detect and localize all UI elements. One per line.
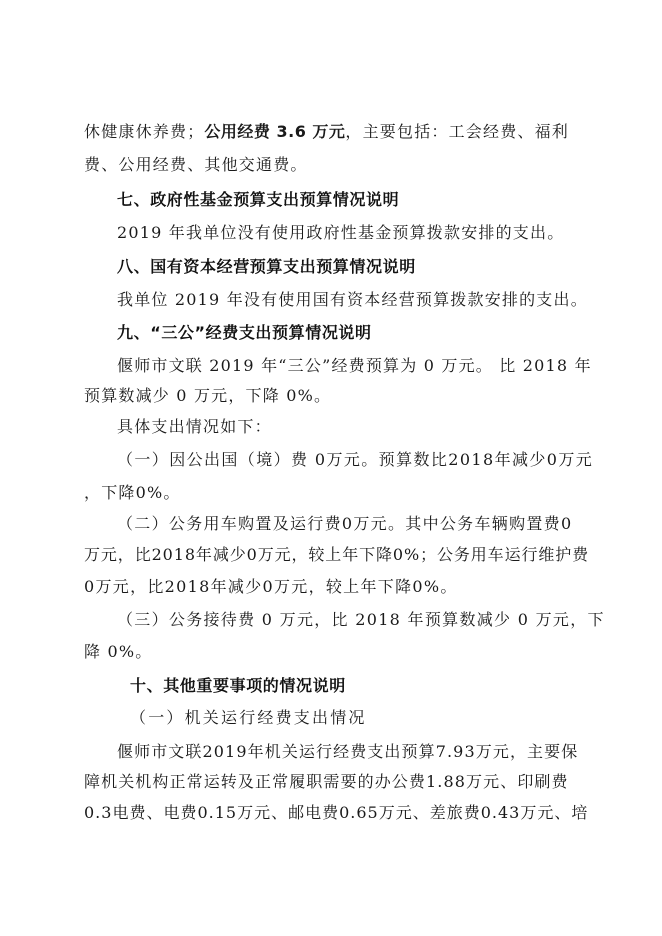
section-heading-9: 九、“三公”经费支出预算情况说明 xyxy=(117,323,617,343)
paragraph-line: 0万元，比2018年减少0万元，较上年下降0%。 xyxy=(84,577,584,597)
paragraph-line: 我单位 2019 年没有使用国有资本经营预算拨款安排的支出。 xyxy=(117,290,617,310)
paragraph-line: 预算数减少 0 万元，下降 0%。 xyxy=(84,386,584,406)
subsection-heading: （一）机关运行经费支出情况 xyxy=(130,708,630,728)
paragraph-line: 0.3电费、电费0.15万元、邮电费0.65万元、差旅费0.43万元、培 xyxy=(84,803,584,823)
paragraph-line: ，下降0%。 xyxy=(84,483,584,503)
paragraph-line: 具体支出情况如下： xyxy=(117,417,617,437)
paragraph-line: 障机关机构正常运转及正常履职需要的办公费1.88万元、印刷费 xyxy=(84,772,584,792)
paragraph-line: 费、公用经费、其他交通费。 xyxy=(84,155,584,175)
text-run: ，主要包括：工会经费、福利 xyxy=(345,122,569,141)
paragraph-line: 偃师市文联 2019 年“三公”经费预算为 0 万元。 比 2018 年 xyxy=(117,356,617,376)
text-run: 休健康休养费； xyxy=(84,122,204,141)
paragraph-line: 降 0%。 xyxy=(84,642,584,662)
section-heading-7: 七、政府性基金预算支出预算情况说明 xyxy=(117,190,617,210)
document-page: 休健康休养费；公用经费 3.6 万元，主要包括：工会经费、福利 费、公用经费、其… xyxy=(0,0,662,936)
paragraph-line: 2019 年我单位没有使用政府性基金预算拨款安排的支出。 xyxy=(117,223,617,243)
paragraph-line: 万元，比2018年减少0万元，较上年下降0%；公务用车运行维护费 xyxy=(84,545,584,565)
subsection-line-2: （二）公务用车购置及运行费0万元。其中公务车辆购置费0 xyxy=(117,514,617,534)
subsection-line-1: （一）因公出国（境）费 0万元。预算数比2018年减少0万元 xyxy=(117,450,617,470)
bold-text-run: 公用经费 3.6 万元 xyxy=(204,122,345,141)
paragraph-line-public-funds: 休健康休养费；公用经费 3.6 万元，主要包括：工会经费、福利 xyxy=(84,122,584,142)
subsection-line-3: （三）公务接待费 0 万元，比 2018 年预算数减少 0 万元，下 xyxy=(117,610,617,630)
section-heading-10: 十、其他重要事项的情况说明 xyxy=(130,676,630,696)
paragraph-line: 偃师市文联2019年机关运行经费支出预算7.93万元，主要保 xyxy=(117,742,617,762)
section-heading-8: 八、国有资本经营预算支出预算情况说明 xyxy=(117,257,617,277)
